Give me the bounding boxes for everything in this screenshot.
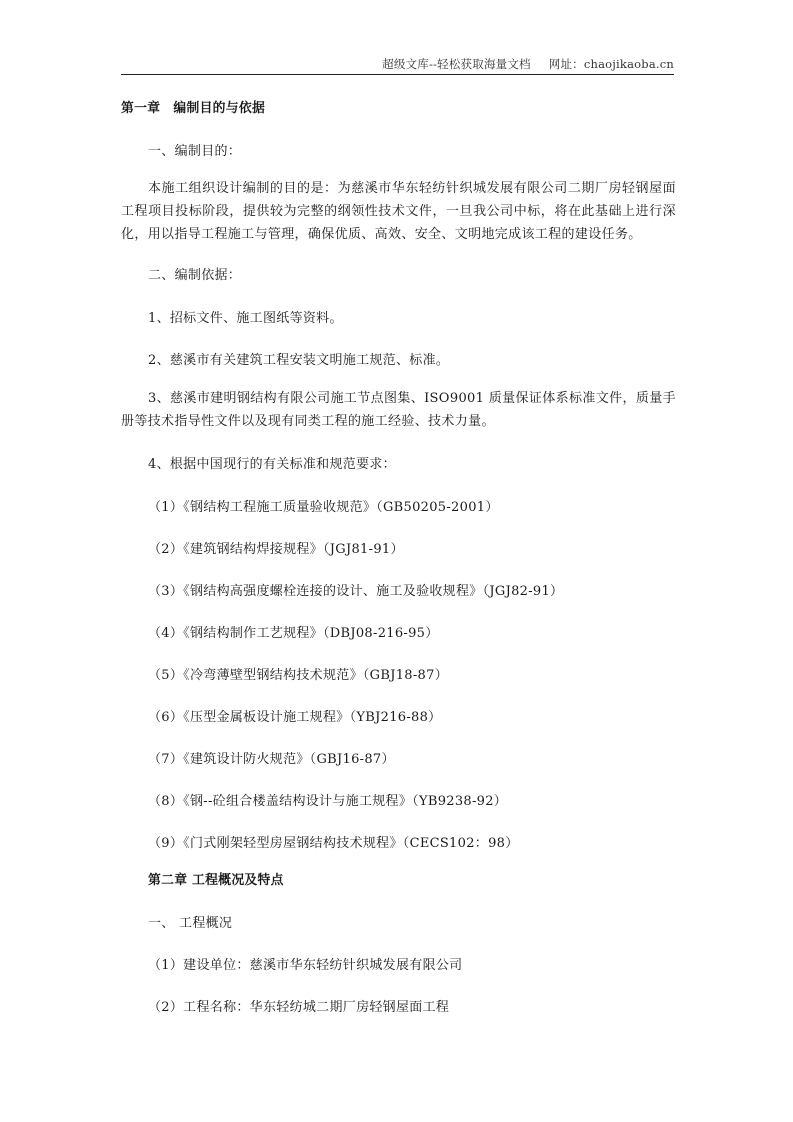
header-url: 网址：chaojikaoba.cn	[549, 57, 674, 71]
standard-item-3: （3）《钢结构高强度螺栓连接的设计、施工及验收规程》（JGJ82-91）	[148, 580, 563, 599]
basis-item-1: 1、招标文件、施工图纸等资料。	[148, 307, 343, 326]
header-site-name: 超级文库--轻松获取海量文档	[382, 57, 531, 71]
chapter-2-title: 第二章 工程概况及特点	[148, 869, 284, 888]
chapter-1-title: 第一章 编制目的与依据	[121, 97, 265, 116]
standard-item-7: （7）《建筑设计防火规范》（GBJ16-87）	[148, 748, 395, 767]
basis-item-4: 4、根据中国现行的有关标准和规范要求：	[148, 453, 396, 472]
standard-item-8: （8）《钢--砼组合楼盖结构设计与施工规程》（YB9238-92）	[148, 790, 507, 809]
purpose-paragraph: 本施工组织设计编制的目的是：为慈溪市华东轻纺针织城发展有限公司二期厂房轻钢屋面工…	[121, 177, 676, 246]
overview-item-1: （1）建设单位：慈溪市华东轻纺针织城发展有限公司	[148, 954, 462, 973]
standard-item-4: （4）《钢结构制作工艺规程》（DBJ08-216-95）	[148, 622, 439, 641]
section-2-1-title: 一、 工程概况	[148, 912, 232, 931]
section-1-2-title: 二、编制依据：	[148, 264, 241, 283]
basis-item-3: 3、慈溪市建明钢结构有限公司施工节点图集、ISO9001 质量保证体系标准文件，…	[121, 387, 676, 433]
basis-item-2: 2、慈溪市有关建筑工程安装文明施工规范、标准。	[148, 349, 449, 368]
standard-item-5: （5）《冷弯薄壁型钢结构技术规范》（GBJ18-87）	[148, 664, 448, 683]
page-header: 超级文库--轻松获取海量文档网址：chaojikaoba.cn	[121, 56, 674, 72]
standard-item-6: （6）《压型金属板设计施工规程》（YBJ216-88）	[148, 706, 441, 725]
overview-item-2: （2）工程名称：华东轻纺城二期厂房轻钢屋面工程	[148, 996, 449, 1015]
header-divider	[121, 74, 674, 75]
standard-item-9: （9）《门式刚架轻型房屋钢结构技术规程》（CECS102：98）	[148, 832, 519, 851]
section-1-1-title: 一、编制目的：	[148, 140, 241, 159]
standard-item-2: （2）《建筑钢结构焊接规程》（JGJ81-91）	[148, 538, 404, 557]
standard-item-1: （1）《钢结构工程施工质量验收规范》（GB50205-2001）	[148, 496, 499, 515]
